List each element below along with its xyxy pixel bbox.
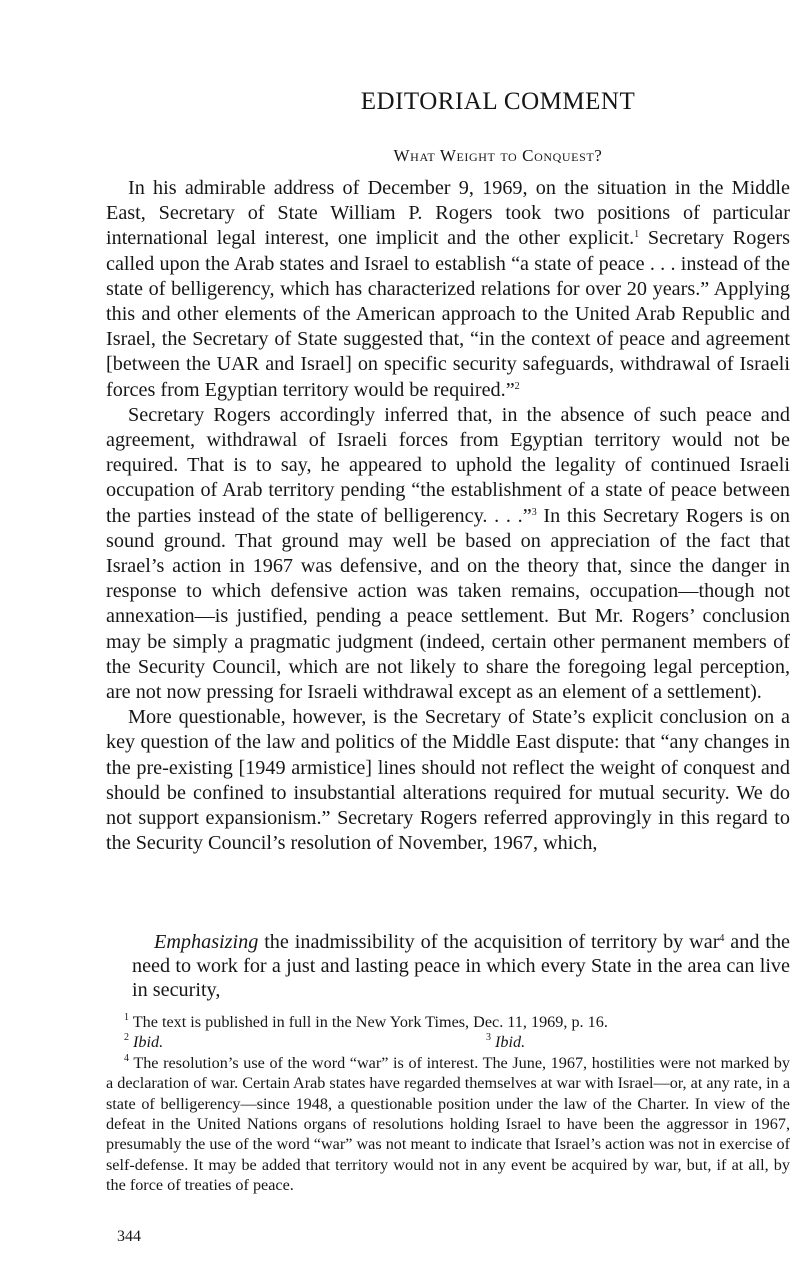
footnote-3: 3 Ibid.: [468, 1032, 525, 1052]
footnote-text: Ibid.: [491, 1033, 525, 1051]
section-title: EDITORIAL COMMENT: [98, 88, 800, 116]
footnote-text: Ibid.: [129, 1033, 163, 1051]
footnote-1: 1 The text is published in full in the N…: [106, 1012, 790, 1032]
footnotes: 1 The text is published in full in the N…: [106, 1012, 790, 1196]
paragraph-text: More questionable, however, is the Secre…: [106, 706, 790, 854]
page-number: 344: [117, 1228, 141, 1246]
quote-text: Emphasizing the inadmissibility of the a…: [132, 930, 790, 1002]
footnote-ref[interactable]: 2: [515, 381, 520, 392]
paragraph-2: Secretary Rogers accordingly inferred th…: [106, 403, 790, 705]
footnote-text: The text is published in full in the New…: [129, 1013, 608, 1031]
quote-emphasis: Emphasizing: [154, 931, 258, 953]
paragraph-1: In his admirable address of December 9, …: [106, 176, 790, 403]
paragraph-text: Secretary Rogers called upon the Arab st…: [106, 227, 790, 400]
footnote-text: The resolution’s use of the word “war” i…: [106, 1054, 790, 1194]
block-quote: Emphasizing the inadmissibility of the a…: [132, 930, 790, 1002]
paragraph-text: In this Secretary Rogers is on sound gro…: [106, 505, 790, 703]
footnote-2: 2 Ibid.: [124, 1033, 163, 1051]
footnote-4: 4 The resolution’s use of the word “war”…: [106, 1053, 790, 1196]
article-body: In his admirable address of December 9, …: [106, 176, 790, 856]
paragraph-3: More questionable, however, is the Secre…: [106, 705, 790, 856]
footnote-2-3: 2 Ibid. 3 Ibid.: [106, 1032, 790, 1052]
article-title: What Weight to Conquest?: [98, 146, 800, 166]
document-page: EDITORIAL COMMENT What Weight to Conques…: [0, 0, 800, 1286]
quote-text-part: the inadmissibility of the acquisition o…: [258, 931, 719, 953]
